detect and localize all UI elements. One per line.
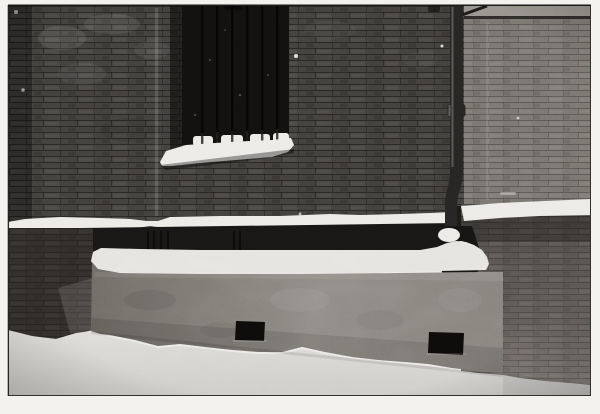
photo-print [0, 0, 600, 414]
photo-image [0, 5, 591, 396]
vignette [8, 5, 591, 396]
photo-edge-left [7, 5, 9, 396]
photo-edge-top [8, 4, 591, 6]
photograph [0, 0, 600, 414]
